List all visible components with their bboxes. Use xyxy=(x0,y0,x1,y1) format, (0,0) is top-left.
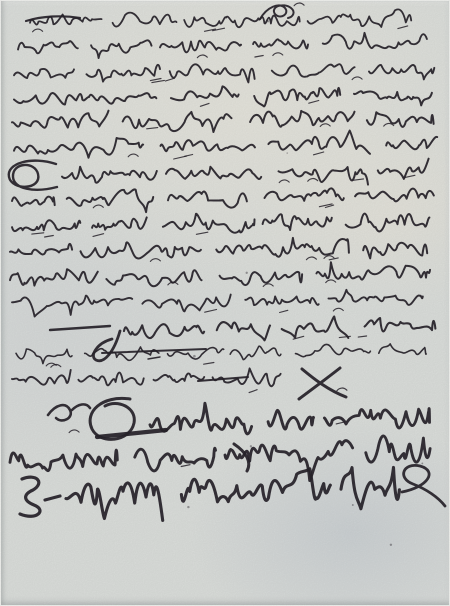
handwriting-layer xyxy=(0,0,450,606)
manuscript-scan: Scanned page of an old Russian manuscrip… xyxy=(0,0,450,606)
